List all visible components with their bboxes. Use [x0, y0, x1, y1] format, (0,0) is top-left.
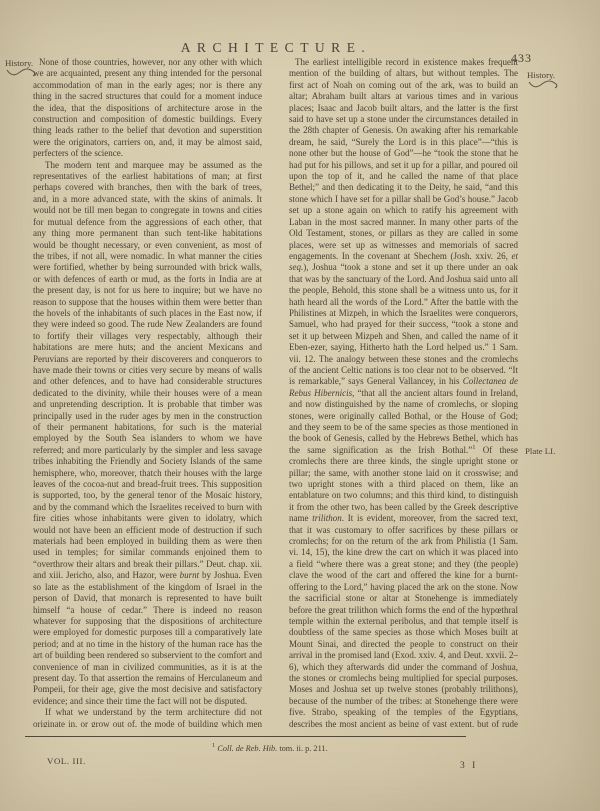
right-column: The earliest intelligible record in exis… [289, 57, 518, 727]
margin-note-history-left: History. [5, 58, 38, 78]
footnote: 1 Coll. de Reb. Hib. tom. ii. p. 211. [212, 744, 328, 753]
paragraph: None of those countries, however, nor an… [33, 57, 262, 160]
paragraph: The modern tent and marquee may be assum… [33, 160, 262, 708]
margin-note-label: History. [527, 70, 555, 80]
page-title: ARCHITECTURE. [181, 40, 372, 55]
paragraph: If what we understand by the term archit… [33, 707, 262, 727]
paragraph: The earliest intelligible record in exis… [289, 57, 518, 727]
left-margin: History. [0, 57, 33, 727]
footnote-rule [25, 736, 466, 737]
running-head: ARCHITECTURE. [33, 40, 519, 56]
book-page: ARCHITECTURE. 433 History. None of those… [0, 0, 600, 811]
flourish-icon [528, 79, 560, 90]
text-block: History. None of those countries, howeve… [0, 57, 600, 727]
column-gutter [262, 57, 289, 727]
signature-mark: 3 I [460, 761, 478, 771]
margin-note-history-right: History. [527, 70, 560, 90]
volume-label: VOL. III. [47, 756, 86, 766]
margin-note-plate: Plate LI. [525, 446, 555, 456]
right-margin: History. Plate LI. [518, 57, 600, 727]
left-column: None of those countries, however, nor an… [33, 57, 262, 727]
flourish-icon [6, 67, 38, 78]
margin-note-label: History. [5, 58, 33, 68]
